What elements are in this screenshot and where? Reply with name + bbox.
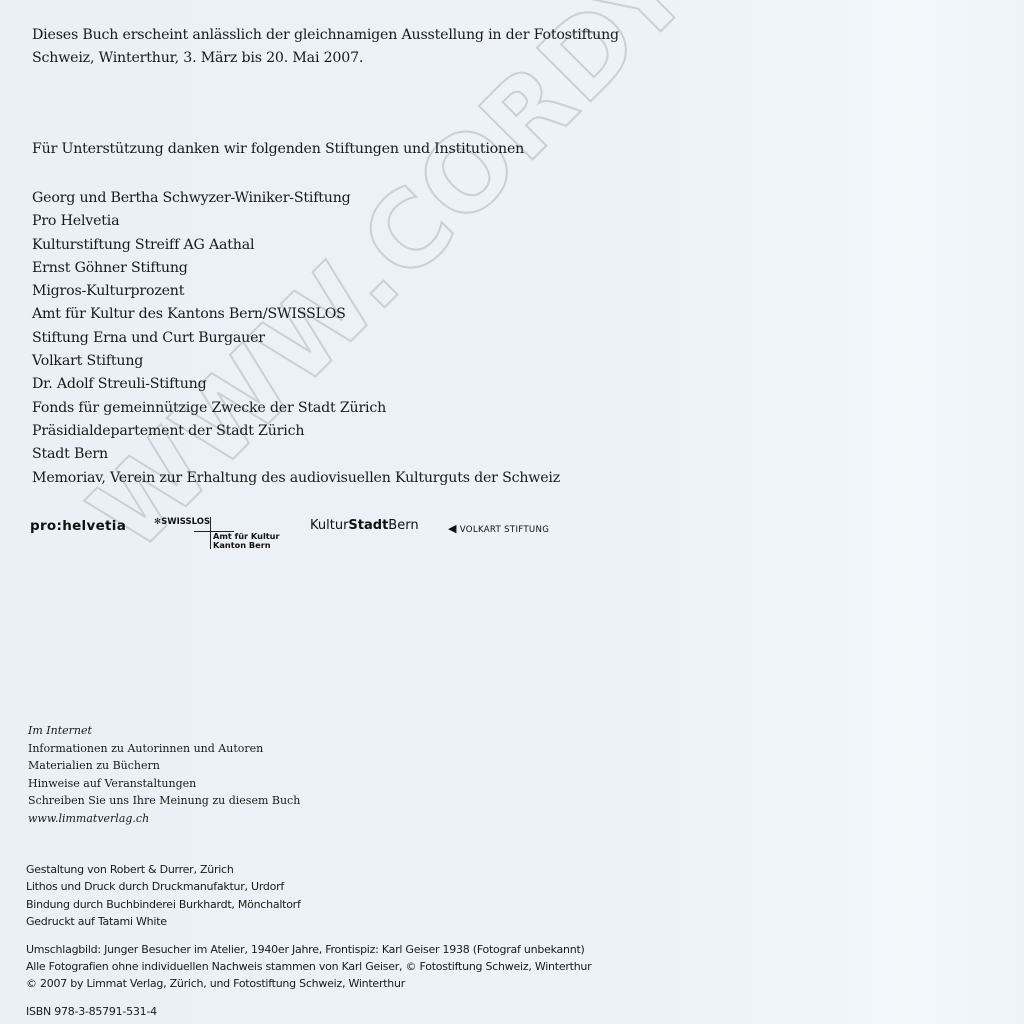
sponsor-item: Migros-Kulturprozent: [32, 280, 560, 303]
sponsor-item: Fonds für gemeinnützige Zwecke der Stadt…: [32, 397, 560, 420]
rights-line: Alle Fotografien ohne individuellen Nach…: [26, 958, 591, 975]
sponsor-item: Stadt Bern: [32, 443, 560, 466]
sponsor-item: Ernst Göhner Stiftung: [32, 257, 560, 280]
sponsor-list: Georg und Bertha Schwyzer-Winiker-Stiftu…: [32, 187, 560, 490]
sponsor-item: Memoriav, Verein zur Erhaltung des audio…: [32, 467, 560, 490]
rights-line: Umschlagbild: Junger Besucher im Atelier…: [26, 941, 591, 958]
credit-line: Gestaltung von Robert & Durrer, Zürich: [26, 861, 591, 878]
publisher-url: www.limmatverlag.ch: [28, 810, 300, 828]
swisslos-divider: [210, 517, 211, 549]
swisslos-wordmark: ✻SWISSLOS: [154, 517, 210, 527]
logo-part: Stadt: [348, 518, 388, 533]
rights-line: © 2007 by Limmat Verlag, Zürich, und Fot…: [26, 975, 591, 992]
credit-line: Lithos und Druck durch Druckmanufaktur, …: [26, 878, 591, 895]
sponsor-item: Georg und Bertha Schwyzer-Winiker-Stiftu…: [32, 187, 560, 210]
swisslos-logo: ✻SWISSLOS Amt für Kultur Kanton Bern: [154, 517, 284, 553]
bird-icon: ◀: [448, 522, 457, 535]
book-imprint-page: WWW.CORDYS.CO.NZ Dieses Buch erscheint a…: [0, 0, 1024, 1024]
credit-line: Gedruckt auf Tatami White: [26, 913, 591, 930]
intro-line: Schweiz, Winterthur, 3. März bis 20. Mai…: [32, 47, 619, 70]
internet-item: Hinweise auf Veranstaltungen: [28, 775, 300, 793]
swisslos-subtitle-line: Kanton Bern: [213, 541, 280, 550]
swisslos-subtitle: Amt für Kultur Kanton Bern: [213, 532, 280, 550]
logo-part: Bern: [388, 518, 418, 533]
sponsor-item: Dr. Adolf Streuli-Stiftung: [32, 373, 560, 396]
thanks-heading: Für Unterstützung danken wir folgenden S…: [32, 141, 524, 157]
intro-line: Dieses Buch erscheint anlässlich der gle…: [32, 24, 619, 47]
logo-part: Kultur: [310, 518, 348, 533]
internet-item: Schreiben Sie uns Ihre Meinung zu diesem…: [28, 792, 300, 810]
isbn: ISBN 978-3-85791-531-4: [26, 1003, 591, 1020]
sponsor-logos: pro:helvetia ✻SWISSLOS Amt für Kultur Ka…: [30, 516, 630, 556]
kulturstadtbern-logo: KulturStadtBern: [310, 518, 419, 533]
internet-item: Materialien zu Büchern: [28, 757, 300, 775]
volkart-logo: ◀VOLKART STIFTUNG: [448, 522, 549, 535]
sponsor-item: Pro Helvetia: [32, 210, 560, 233]
prohelvetia-logo: pro:helvetia: [30, 518, 126, 534]
internet-heading: Im Internet: [28, 722, 300, 740]
volkart-wordmark: VOLKART STIFTUNG: [460, 525, 549, 535]
credit-line: Bindung durch Buchbinderei Burkhardt, Mö…: [26, 896, 591, 913]
sponsor-item: Stiftung Erna und Curt Burgauer: [32, 327, 560, 350]
sponsor-item: Amt für Kultur des Kantons Bern/SWISSLOS: [32, 303, 560, 326]
sponsor-item: Volkart Stiftung: [32, 350, 560, 373]
internet-item: Informationen zu Autorinnen und Autoren: [28, 740, 300, 758]
internet-section: Im Internet Informationen zu Autorinnen …: [28, 722, 300, 828]
production-credits: Gestaltung von Robert & Durrer, Zürich L…: [26, 861, 591, 1020]
sponsor-item: Kulturstiftung Streiff AG Aathal: [32, 234, 560, 257]
sponsor-item: Präsidialdepartement der Stadt Zürich: [32, 420, 560, 443]
intro-paragraph: Dieses Buch erscheint anlässlich der gle…: [32, 24, 619, 70]
